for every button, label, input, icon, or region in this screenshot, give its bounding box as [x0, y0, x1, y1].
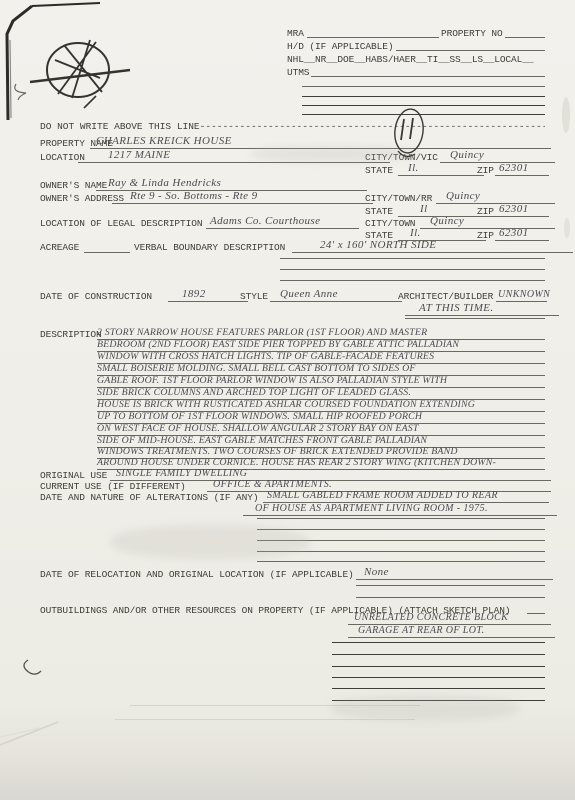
- ruled-line: [356, 585, 545, 586]
- crossed-out-scribble: [30, 40, 130, 108]
- zip-label: ZIP: [477, 165, 494, 176]
- state-value: Il.: [398, 162, 484, 176]
- property-no-blank-line: [505, 37, 545, 38]
- utms-label: UTMS: [287, 67, 309, 78]
- outbuildings-value-cont: GARAGE AT REAR OF LOT.: [348, 624, 555, 638]
- ruled-line: [332, 688, 545, 689]
- ruled-line: [280, 280, 545, 281]
- ruled-line: [257, 518, 545, 519]
- ruled-line: [257, 561, 545, 562]
- verbal-boundary-label: VERBAL BOUNDARY DESCRIPTION: [134, 242, 285, 253]
- hd-label: H/D (IF APPLICABLE): [287, 41, 393, 52]
- mra-blank-line: [307, 37, 439, 38]
- property-no-label: PROPERTY NO: [441, 28, 503, 39]
- alterations-value: SMALL GABLED FRAME ROOM ADDED TO REAR: [263, 489, 549, 503]
- current-use-label: CURRENT USE (IF DIFFERENT): [40, 481, 186, 492]
- hd-blank-line: [396, 50, 545, 51]
- ruled-line: [332, 677, 545, 678]
- legal-description-value: Adams Co. Courthouse: [206, 215, 359, 229]
- ruled-line: [280, 258, 545, 259]
- ruled-line: [257, 529, 545, 530]
- header-ruled-line: [302, 96, 545, 97]
- utms-blank-line: [311, 76, 545, 77]
- designations-label: NHL__NR__DOE__HABS/HAER__TI__SS__LS__LOC…: [287, 54, 533, 65]
- ruled-line: [257, 551, 545, 552]
- show-through-smudge: [330, 695, 520, 721]
- zip-value: 62301: [495, 162, 549, 176]
- date-of-construction-label: DATE OF CONSTRUCTION: [40, 291, 152, 302]
- architect-builder-label: ARCHITECT/BUILDER: [398, 291, 493, 302]
- acreage-label: ACREAGE: [40, 242, 79, 253]
- relocation-label: DATE OF RELOCATION AND ORIGINAL LOCATION…: [40, 569, 354, 580]
- alterations-label: DATE AND NATURE OF ALTERATIONS (IF ANY): [40, 492, 258, 503]
- architect-builder-value-cont: AT THIS TIME.: [405, 302, 559, 316]
- style-value: Queen Anne: [270, 288, 402, 302]
- ruled-line: [405, 318, 545, 319]
- city-town-rr-value: Quincy: [436, 190, 555, 204]
- owners-address-value: Rte 9 - So. Bottoms - Rte 9: [112, 190, 373, 204]
- legal-description-label: LOCATION OF LEGAL DESCRIPTION: [40, 218, 202, 229]
- architect-builder-value: UNKNOWN: [496, 288, 547, 302]
- ruled-line: [332, 654, 545, 655]
- outbuildings-value: UNRELATED CONCRETE BLOCK: [348, 611, 551, 625]
- header-ruled-line: [302, 105, 545, 106]
- header-ruled-line: [302, 114, 545, 115]
- relocation-value: None: [356, 566, 553, 580]
- date-of-construction-value: 1892: [168, 288, 248, 302]
- description-label: DESCRIPTION: [40, 329, 102, 340]
- alterations-value-cont: OF HOUSE AS APARTMENT LIVING ROOM - 1975…: [243, 502, 557, 516]
- do-not-write-divider: DO NOT WRITE ABOVE THIS LINE------------…: [40, 121, 545, 132]
- state-label: STATE: [365, 165, 393, 176]
- show-through-smudge: [110, 525, 310, 559]
- show-through-smudge: [250, 146, 420, 162]
- original-use-label: ORIGINAL USE: [40, 470, 107, 481]
- ruled-line: [356, 597, 545, 598]
- ruled-line: [280, 269, 545, 270]
- do-not-write-label: DO NOT WRITE ABOVE THIS LINE: [40, 121, 200, 132]
- city-town-vic-value: Quincy: [440, 149, 555, 163]
- ruled-line: [332, 642, 545, 643]
- state-label: STATE: [365, 206, 393, 217]
- mra-label: MRA: [287, 28, 304, 39]
- ruled-line: [332, 666, 545, 667]
- verbal-boundary-value: 24' x 160' NORTH SIDE: [292, 239, 573, 253]
- header-ruled-line: [302, 86, 545, 87]
- divider-dashes: ----------------------------------------…: [200, 121, 545, 132]
- acreage-value: [84, 239, 130, 253]
- scanned-survey-form: MRA PROPERTY NO H/D (IF APPLICABLE) NHL_…: [0, 0, 575, 800]
- style-label: STYLE: [240, 291, 268, 302]
- owners-name-value: Ray & Linda Hendricks: [96, 177, 367, 191]
